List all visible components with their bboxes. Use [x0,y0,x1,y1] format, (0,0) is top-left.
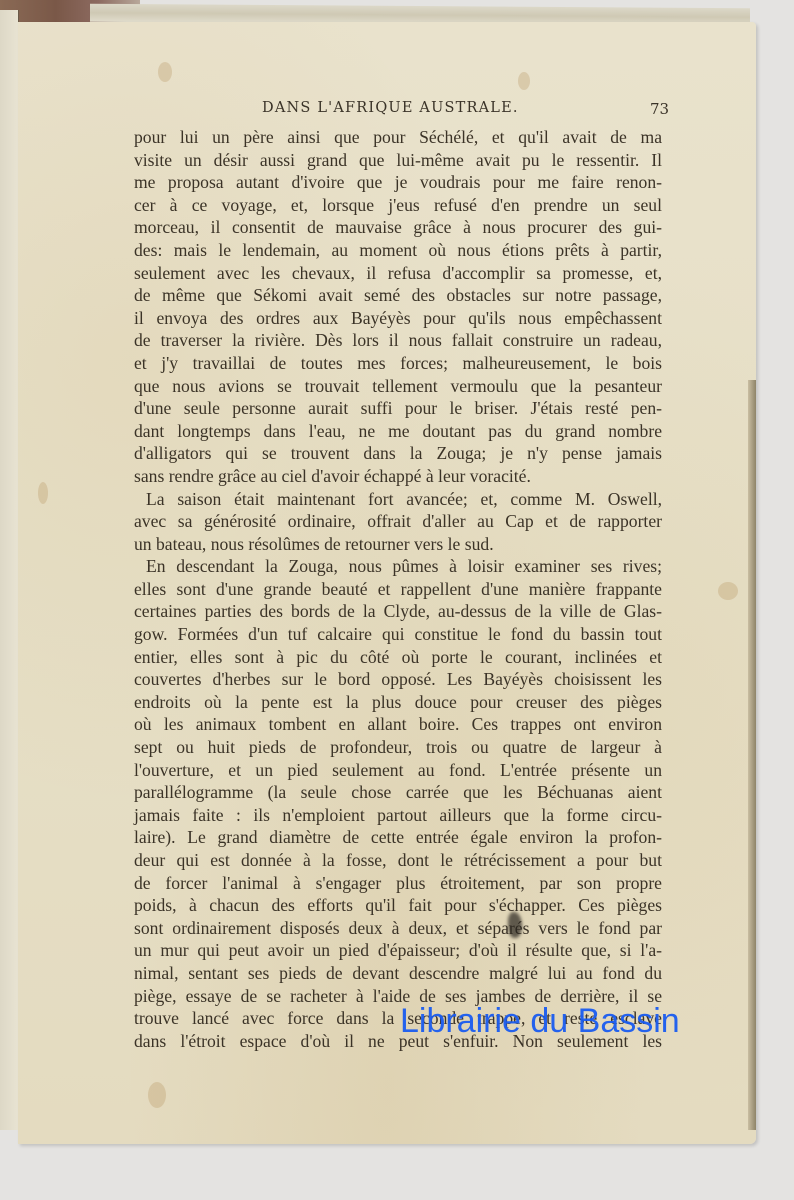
text-line: me proposa autant d'ivoire que je voudra… [134,171,662,194]
text-line: morceau, il consentit de mauvaise grâce … [134,216,662,239]
page-number: 73 [650,100,669,118]
text-line: d'une seule personne aurait suffi pour l… [134,397,662,420]
left-page-edge [0,10,19,1130]
text-line: couvertes d'herbes sur le bord opposé. L… [134,668,662,691]
text-line: deur qui est donnée à la fosse, dont le … [134,849,662,872]
body-text: pour lui un père ainsi que pour Séchélé,… [134,126,662,1052]
text-line: de traverser la rivière. Dès lors il nou… [134,329,662,352]
text-line: que nous avions se trouvait tellement ve… [134,375,662,398]
text-line: La saison était maintenant fort avancée;… [134,488,662,511]
text-line: et j'y travaillai de toutes mes forces; … [134,352,662,375]
text-line: cer à ce voyage, et, lorsque j'eus refus… [134,194,662,217]
text-line: En descendant la Zouga, nous pûmes à loi… [134,555,662,578]
text-line: poids, à chacun des efforts qu'il fait p… [134,894,662,917]
text-line: visite un désir aussi grand que lui-même… [134,149,662,172]
foxing-spot [718,582,738,600]
text-line: sept ou huit pieds de profondeur, trois … [134,736,662,759]
running-title: DANS L'AFRIQUE AUSTRALE. [262,100,519,116]
text-line: jamais faite : ils n'emploient partout a… [134,804,662,827]
text-line: où les animaux tombent en allant boire. … [134,713,662,736]
foxing-spot [158,62,172,82]
text-line: un mur qui peut avoir un pied d'épaisseu… [134,939,662,962]
text-line: pour lui un père ainsi que pour Séchélé,… [134,126,662,149]
text-line: des: mais le lendemain, au moment où nou… [134,239,662,262]
foxing-spot [148,1082,166,1108]
text-line: de forcer l'animal à s'engager plus étro… [134,872,662,895]
text-line: de même que Sékomi avait semé des obstac… [134,284,662,307]
text-line: seulement avec les chevaux, il refusa d'… [134,262,662,285]
text-line: parallélogramme (la seule chose carrée q… [134,781,662,804]
text-line: avec sa générosité ordinaire, offrait d'… [134,510,662,533]
text-line: sans rendre grâce au ciel d'avoir échapp… [134,465,662,488]
text-line: entier, elles sont à pic du côté où port… [134,646,662,669]
ink-stain [508,912,522,938]
text-line: elles sont d'une grande beauté et rappel… [134,578,662,601]
text-line: dant longtemps dans l'eau, ne me doutant… [134,420,662,443]
foxing-spot [38,482,48,504]
page-edge-right [748,380,756,1130]
text-line: laire). Le grand diamètre de cette entré… [134,826,662,849]
text-line: il envoya des ordres aux Bayéyès pour qu… [134,307,662,330]
text-line: d'alligators qui se trouvent dans la Zou… [134,442,662,465]
watermark: Librairie du Bassin [400,1002,680,1041]
text-line: gow. Formées d'un tuf calcaire qui const… [134,623,662,646]
text-line: sont ordinairement disposés deux à deux,… [134,917,662,940]
text-line: un bateau, nous résolûmes de retourner v… [134,533,662,556]
text-line: l'ouverture, et un pied seulement au fon… [134,759,662,782]
text-line: nimal, sentant ses pieds de devant desce… [134,962,662,985]
text-line: certaines parties des bords de la Clyde,… [134,600,662,623]
foxing-spot [518,72,530,90]
text-line: endroits où la pente est la plus douce p… [134,691,662,714]
